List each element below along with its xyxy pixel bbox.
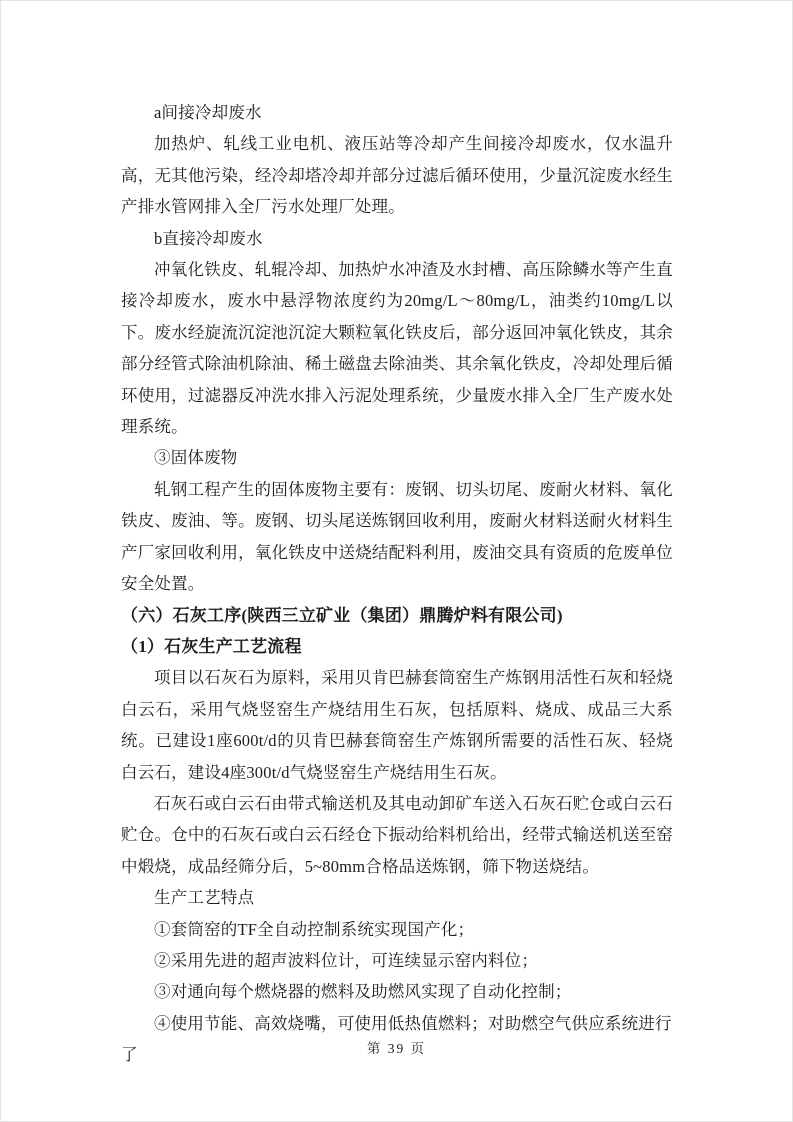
paragraph-lime-production-overview: 项目以石灰石为原料，采用贝肯巴赫套筒窑生产炼钢用活性石灰和轻烧白云石，采用气烧竖… [121,662,673,788]
list-item-feature-1: ①套筒窑的TF全自动控制系统实现国产化； [121,914,673,945]
subheading-indirect-cooling-wastewater: a间接冷却废水 [121,97,673,128]
document-page: a间接冷却废水 加热炉、轧线工业电机、液压站等冷却产生间接冷却废水，仅水温升高，… [0,0,793,1122]
document-body: a间接冷却废水 加热炉、轧线工业电机、液压站等冷却产生间接冷却废水，仅水温升高，… [121,97,673,1071]
subsection-heading-lime-production-flow: （1）石灰生产工艺流程 [121,631,673,662]
paragraph-limestone-conveying: 石灰石或白云石由带式输送机及其电动卸矿车送入石灰石贮仓或白云石贮仓。仓中的石灰石… [121,788,673,882]
subheading-direct-cooling-wastewater: b直接冷却废水 [121,223,673,254]
section-heading-lime-process: （六）石灰工序(陕西三立矿业（集团）鼎腾炉料有限公司) [121,600,673,631]
list-item-feature-2: ②采用先进的超声波料位计，可连续显示窑内料位； [121,945,673,976]
paragraph-solid-waste: 轧钢工程产生的固体废物主要有：废钢、切头切尾、废耐火材料、氧化铁皮、废油、等。废… [121,474,673,600]
subheading-process-features: 生产工艺特点 [121,882,673,913]
list-item-feature-3: ③对通向每个燃烧器的燃料及助燃风实现了自动化控制； [121,976,673,1007]
subheading-solid-waste: ③固体废物 [121,442,673,473]
paragraph-direct-cooling-wastewater: 冲氧化铁皮、轧辊冷却、加热炉水冲渣及水封槽、高压除鳞水等产生直接冷却废水，废水中… [121,254,673,442]
page-number: 第 39 页 [1,1037,792,1057]
paragraph-indirect-cooling-wastewater: 加热炉、轧线工业电机、液压站等冷却产生间接冷却废水，仅水温升高，无其他污染，经冷… [121,128,673,222]
